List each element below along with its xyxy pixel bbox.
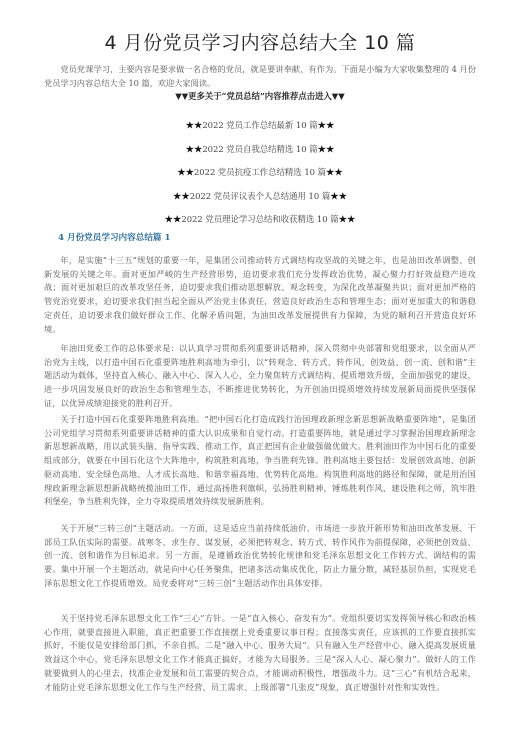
star-icon: ★★ [186, 120, 203, 130]
star-icon: ★★ [186, 144, 203, 154]
body-paragraph: 关于打造中国石化重要阵地胜利高地。“把中国石化打造成践行治国理政新理念新思想新战… [44, 413, 476, 509]
body-paragraph: 年油田党委工作的总体要求是：以认真学习贯彻系列重要讲话精神，深入贯彻中央部署和党… [44, 342, 476, 411]
recommended-links-list: ★★2022 党员工作总结最新 10 篇★★ ★★2022 党员自我总结精选 1… [44, 114, 476, 232]
star-icon: ★★ [165, 214, 182, 224]
body-paragraph: 关于坚持党毛泽东思想文化工作“三心”方针。一是“直入核心、奋发有为”。党组织要切… [44, 612, 476, 694]
document-title: 4 月份党员学习内容总结大全 10 篇 [44, 28, 476, 55]
star-icon: ★★ [318, 120, 335, 130]
recommended-link[interactable]: ★★2022 党员自我总结精选 10 篇★★ [44, 138, 476, 162]
recommended-link[interactable]: ★★2022 党员理论学习总结和收获精选 10 篇★★ [44, 208, 476, 232]
recommended-link[interactable]: ★★2022 党员工作总结最新 10 篇★★ [44, 114, 476, 138]
recommended-link[interactable]: ★★2022 党员评议表个人总结通用 10 篇★★ [44, 185, 476, 209]
more-recommendations-banner[interactable]: ▼▼更多关于“党员总结”内容推荐点击进入▼▼ [44, 90, 476, 102]
star-icon: ★★ [330, 191, 347, 201]
body-paragraph: 关于开展“三转三创”主题活动。一方面，这是适应当前持续低油价、市场进一步放开新形… [44, 522, 476, 591]
star-icon: ★★ [326, 167, 343, 177]
link-label: 2022 党员抗疫工作总结精选 10 篇 [194, 167, 326, 177]
link-label: 2022 党员理论学习总结和收获精选 10 篇 [181, 214, 338, 224]
body-paragraph: 年，是实施“十三五”规划的重要一年，是集团公司推动转方式调结构攻坚战的关键之年，… [44, 254, 476, 336]
link-label: 2022 党员评议表个人总结通用 10 篇 [190, 191, 330, 201]
recommended-link[interactable]: ★★2022 党员抗疫工作总结精选 10 篇★★ [44, 161, 476, 185]
star-icon: ★★ [339, 214, 356, 224]
intro-paragraph: 党员党课学习，主要内容是要求做一名合格的党员，就是要讲奉献、有作为。下面是小编为… [44, 62, 476, 90]
star-icon: ★★ [177, 167, 194, 177]
star-icon: ★★ [318, 144, 335, 154]
link-label: 2022 党员自我总结精选 10 篇 [202, 144, 317, 154]
star-icon: ★★ [173, 191, 190, 201]
link-label: 2022 党员工作总结最新 10 篇 [202, 120, 317, 130]
section-heading: 4 月份党员学习内容总结篇 1 [58, 231, 170, 243]
